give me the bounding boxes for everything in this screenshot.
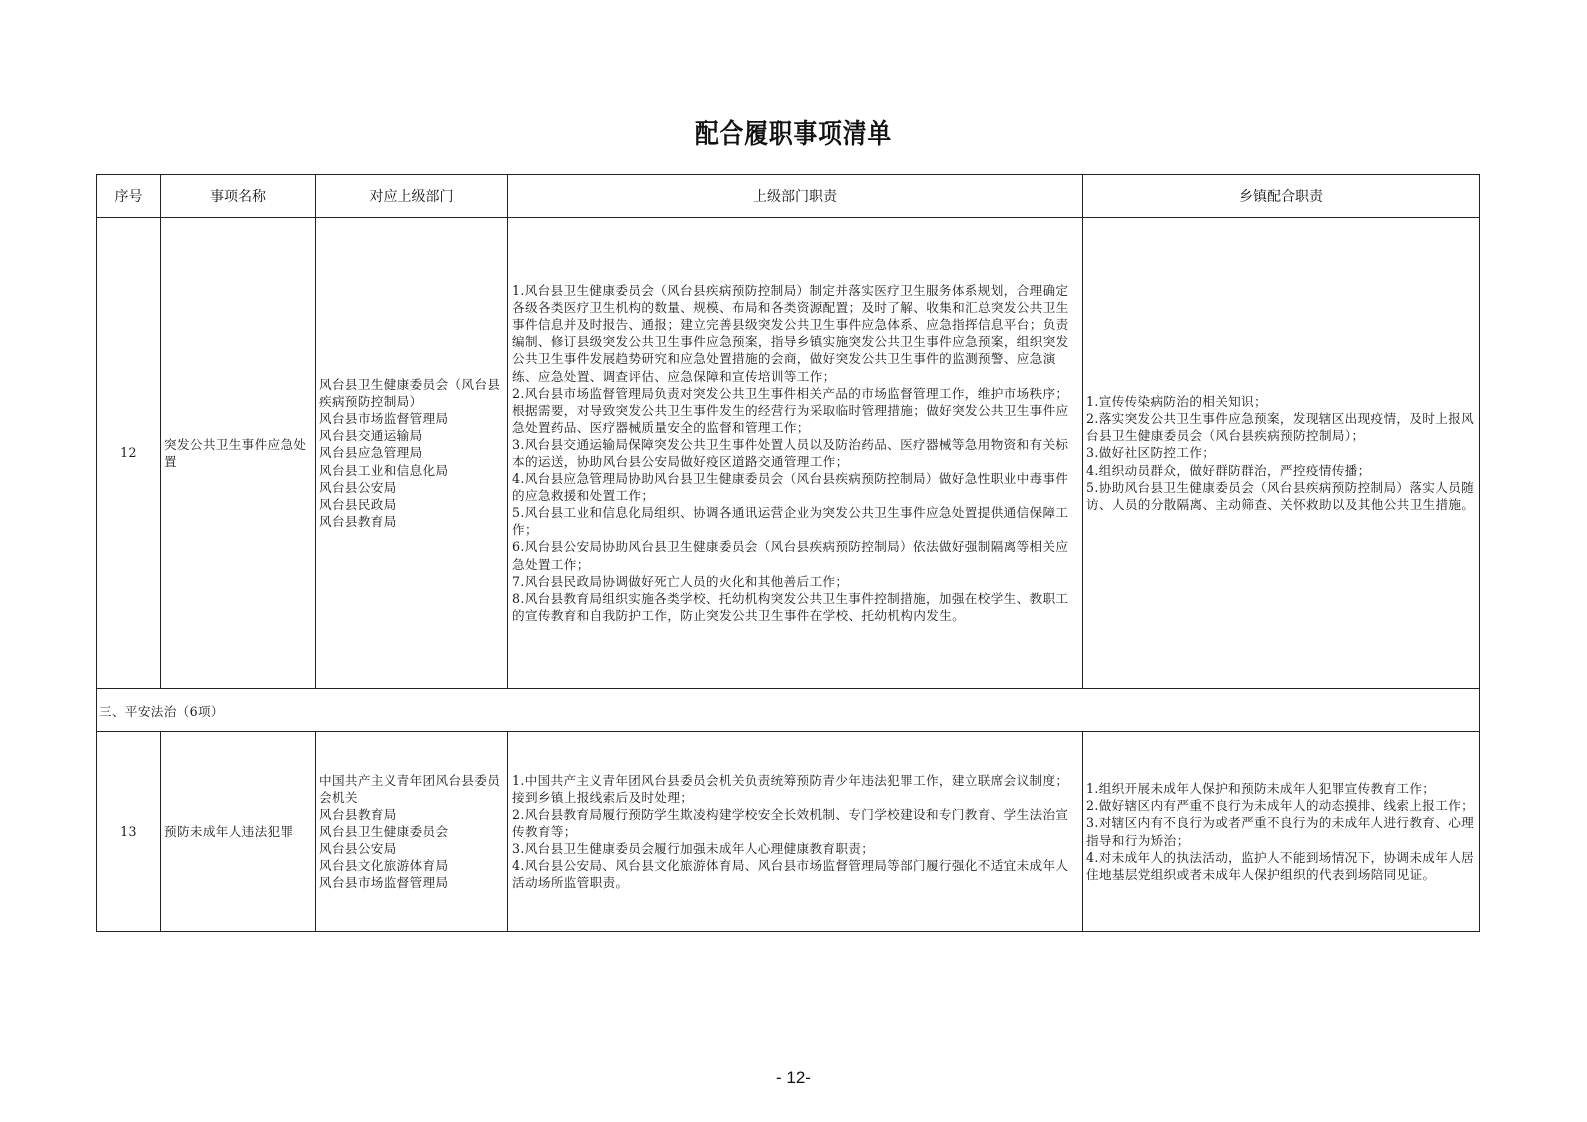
- header-township-duty: 乡镇配合职责: [1083, 175, 1480, 218]
- page-number: - 12-: [0, 1068, 1587, 1088]
- row-seq: 13: [97, 732, 161, 932]
- row-seq: 12: [97, 218, 161, 689]
- header-superior-dept: 对应上级部门: [316, 175, 508, 218]
- table-header-row: 序号 事项名称 对应上级部门 上级部门职责 乡镇配合职责: [97, 175, 1480, 218]
- row-item-name: 突发公共卫生事件应急处置: [161, 218, 316, 689]
- table-row: 12 突发公共卫生事件应急处置 风台县卫生健康委员会（风台县疾病预防控制局） 风…: [97, 218, 1480, 689]
- row-superior-duty: 1.中国共产主义青年团风台县委员会机关负责统筹预防青少年违法犯罪工作，建立联席会…: [508, 732, 1083, 932]
- section-header-row: 三、平安法治（6项）: [97, 689, 1480, 732]
- header-item-name: 事项名称: [161, 175, 316, 218]
- row-superior-dept: 中国共产主义青年团风台县委员会机关 风台县教育局 风台县卫生健康委员会 风台县公…: [316, 732, 508, 932]
- section-header: 三、平安法治（6项）: [97, 689, 1480, 732]
- row-item-name: 预防未成年人违法犯罪: [161, 732, 316, 932]
- row-township-duty: 1.组织开展未成年人保护和预防未成年人犯罪宣传教育工作； 2.做好辖区内有严重不…: [1083, 732, 1480, 932]
- page-title: 配合履职事项清单: [95, 112, 1492, 151]
- header-seq: 序号: [97, 175, 161, 218]
- table-row: 13 预防未成年人违法犯罪 中国共产主义青年团风台县委员会机关 风台县教育局 风…: [97, 732, 1480, 932]
- row-township-duty: 1.宣传传染病防治的相关知识； 2.落实突发公共卫生事件应急预案，发现辖区出现疫…: [1083, 218, 1480, 689]
- header-superior-duty: 上级部门职责: [508, 175, 1083, 218]
- row-superior-duty: 1.风台县卫生健康委员会（风台县疾病预防控制局）制定并落实医疗卫生服务体系规划，…: [508, 218, 1083, 689]
- duty-list-table: 序号 事项名称 对应上级部门 上级部门职责 乡镇配合职责 12 突发公共卫生事件…: [96, 174, 1480, 932]
- row-superior-dept: 风台县卫生健康委员会（风台县疾病预防控制局） 风台县市场监督管理局 风台县交通运…: [316, 218, 508, 689]
